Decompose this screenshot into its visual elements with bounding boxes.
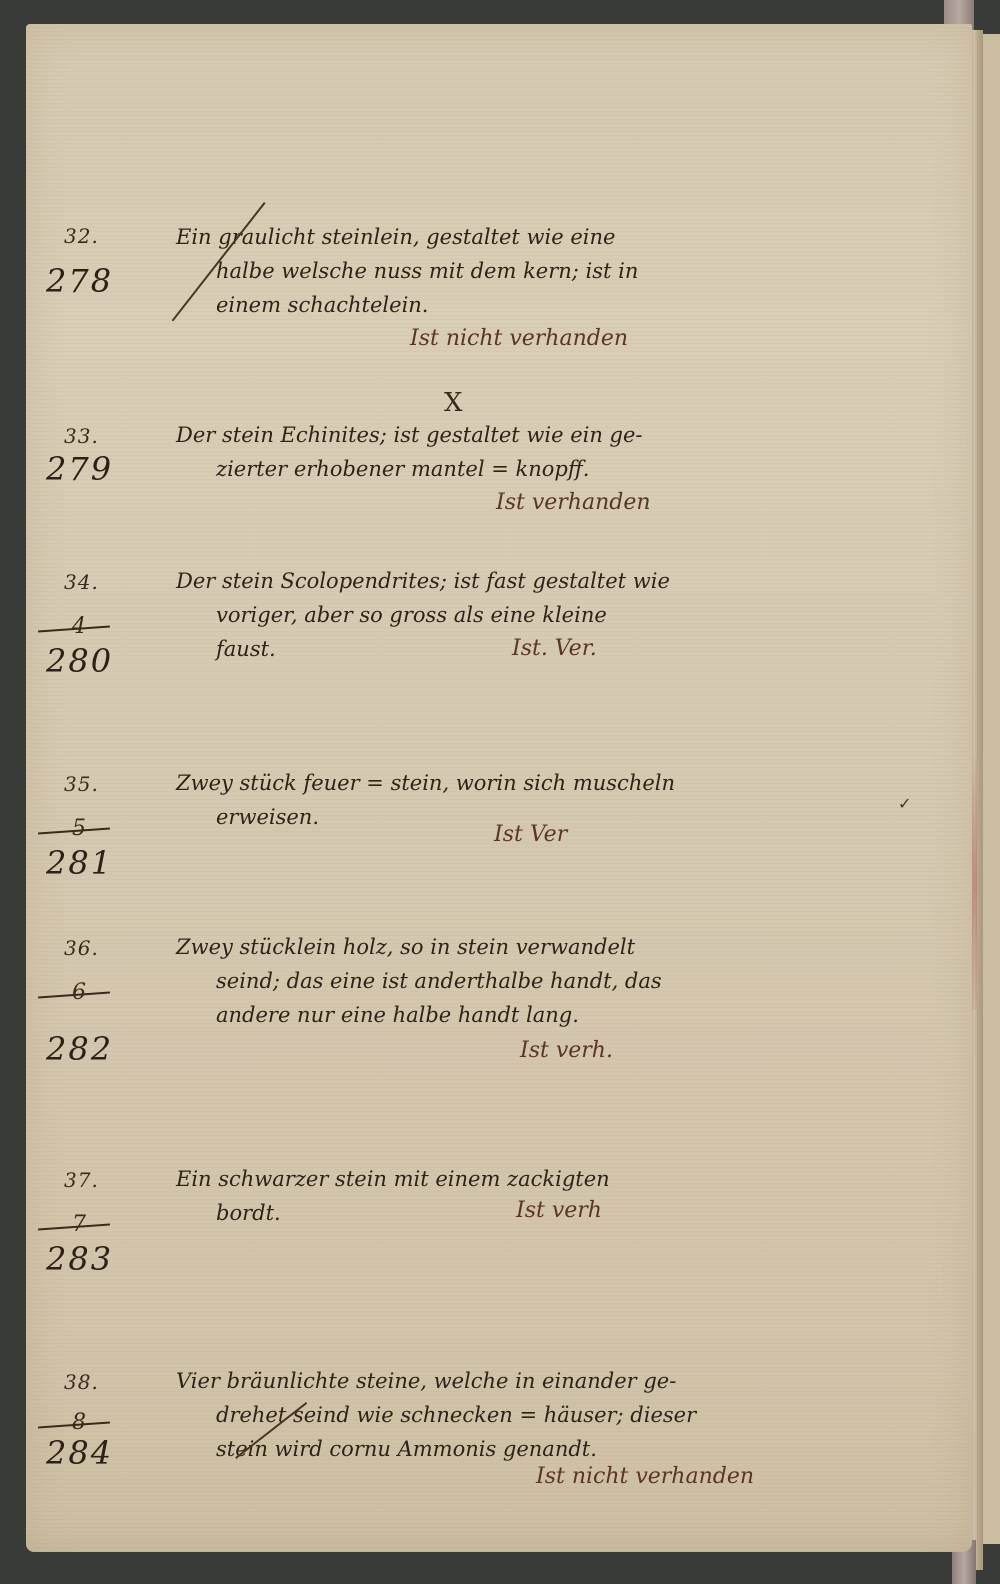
entry-line: Der stein Echinites; ist gestaltet wie e… (176, 418, 956, 452)
entry-old-number: 38. (64, 1370, 99, 1394)
manuscript-page: 32. 278 Ein graulicht steinlein, gestalt… (26, 24, 972, 1552)
entry-old-number: 35. (64, 772, 99, 796)
entry-sub-number: 5 (72, 816, 87, 841)
entry-line: seind; das eine ist anderthalbe handt, d… (176, 964, 956, 998)
entry-new-number: 278 (46, 262, 113, 300)
entry-line: einem schachtelein. (176, 288, 956, 322)
entry-status-note: Ist verh. (520, 1038, 613, 1063)
entry-status-note: Ist verhanden (496, 490, 651, 515)
entry-text: Ein graulicht steinlein, gestaltet wie e… (176, 220, 956, 322)
entry-new-number: 282 (46, 1030, 113, 1068)
entry-new-number: 279 (46, 450, 113, 488)
manuscript-scan: 32. 278 Ein graulicht steinlein, gestalt… (0, 0, 1000, 1584)
entry-old-number: 37. (64, 1168, 99, 1192)
entry-old-number: 32. (64, 224, 99, 248)
entry-status-note: Ist nicht verhanden (536, 1464, 754, 1489)
entry-old-number: 36. (64, 936, 99, 960)
entry-new-number: 281 (46, 844, 113, 882)
entry-old-number: 33. (64, 424, 99, 448)
entry-line: Der stein Scolopendrites; ist fast gesta… (176, 564, 956, 598)
entry-line: halbe welsche nuss mit dem kern; ist in (176, 254, 956, 288)
entry-line: Zwey stücklein holz, so in stein verwand… (176, 930, 956, 964)
entry-line: Ein schwarzer stein mit einem zackigten (176, 1162, 956, 1196)
entry-new-number: 284 (46, 1434, 113, 1472)
entry-line: drehet seind wie schnecken = häuser; die… (176, 1398, 956, 1432)
entry-line: voriger, aber so gross als eine kleine (176, 598, 956, 632)
entry-text: Vier bräunlichte steine, welche in einan… (176, 1364, 956, 1466)
entry-line: Ein graulicht steinlein, gestaltet wie e… (176, 220, 956, 254)
entry-status-note: Ist Ver (494, 822, 567, 847)
cross-marker: X (444, 388, 463, 418)
adjacent-page-edge (982, 34, 1000, 1544)
entry-new-number: 283 (46, 1240, 113, 1278)
entry-sub-number: 4 (72, 614, 87, 639)
entry-sub-number: 8 (72, 1410, 87, 1435)
entry-sub-number: 7 (72, 1212, 87, 1237)
entry-sub-number: 6 (72, 980, 87, 1005)
entry-status-note: Ist. Ver. (512, 636, 597, 661)
entry-text: Zwey stücklein holz, so in stein verwand… (176, 930, 956, 1032)
check-mark: ✓ (898, 794, 911, 813)
entry-line: Zwey stück feuer = stein, worin sich mus… (176, 766, 956, 800)
entry-line: stein wird cornu Ammonis genandt. (176, 1432, 956, 1466)
entry-status-note: Ist verh (516, 1198, 602, 1223)
entry-line: zierter erhobener mantel = knopff. (176, 452, 956, 486)
entry-line: andere nur eine halbe handt lang. (176, 998, 956, 1032)
entry-old-number: 34. (64, 570, 99, 594)
entry-text: Der stein Echinites; ist gestaltet wie e… (176, 418, 956, 486)
entry-line: Vier bräunlichte steine, welche in einan… (176, 1364, 956, 1398)
entry-status-note: Ist nicht verhanden (410, 326, 628, 351)
entry-new-number: 280 (46, 642, 113, 680)
